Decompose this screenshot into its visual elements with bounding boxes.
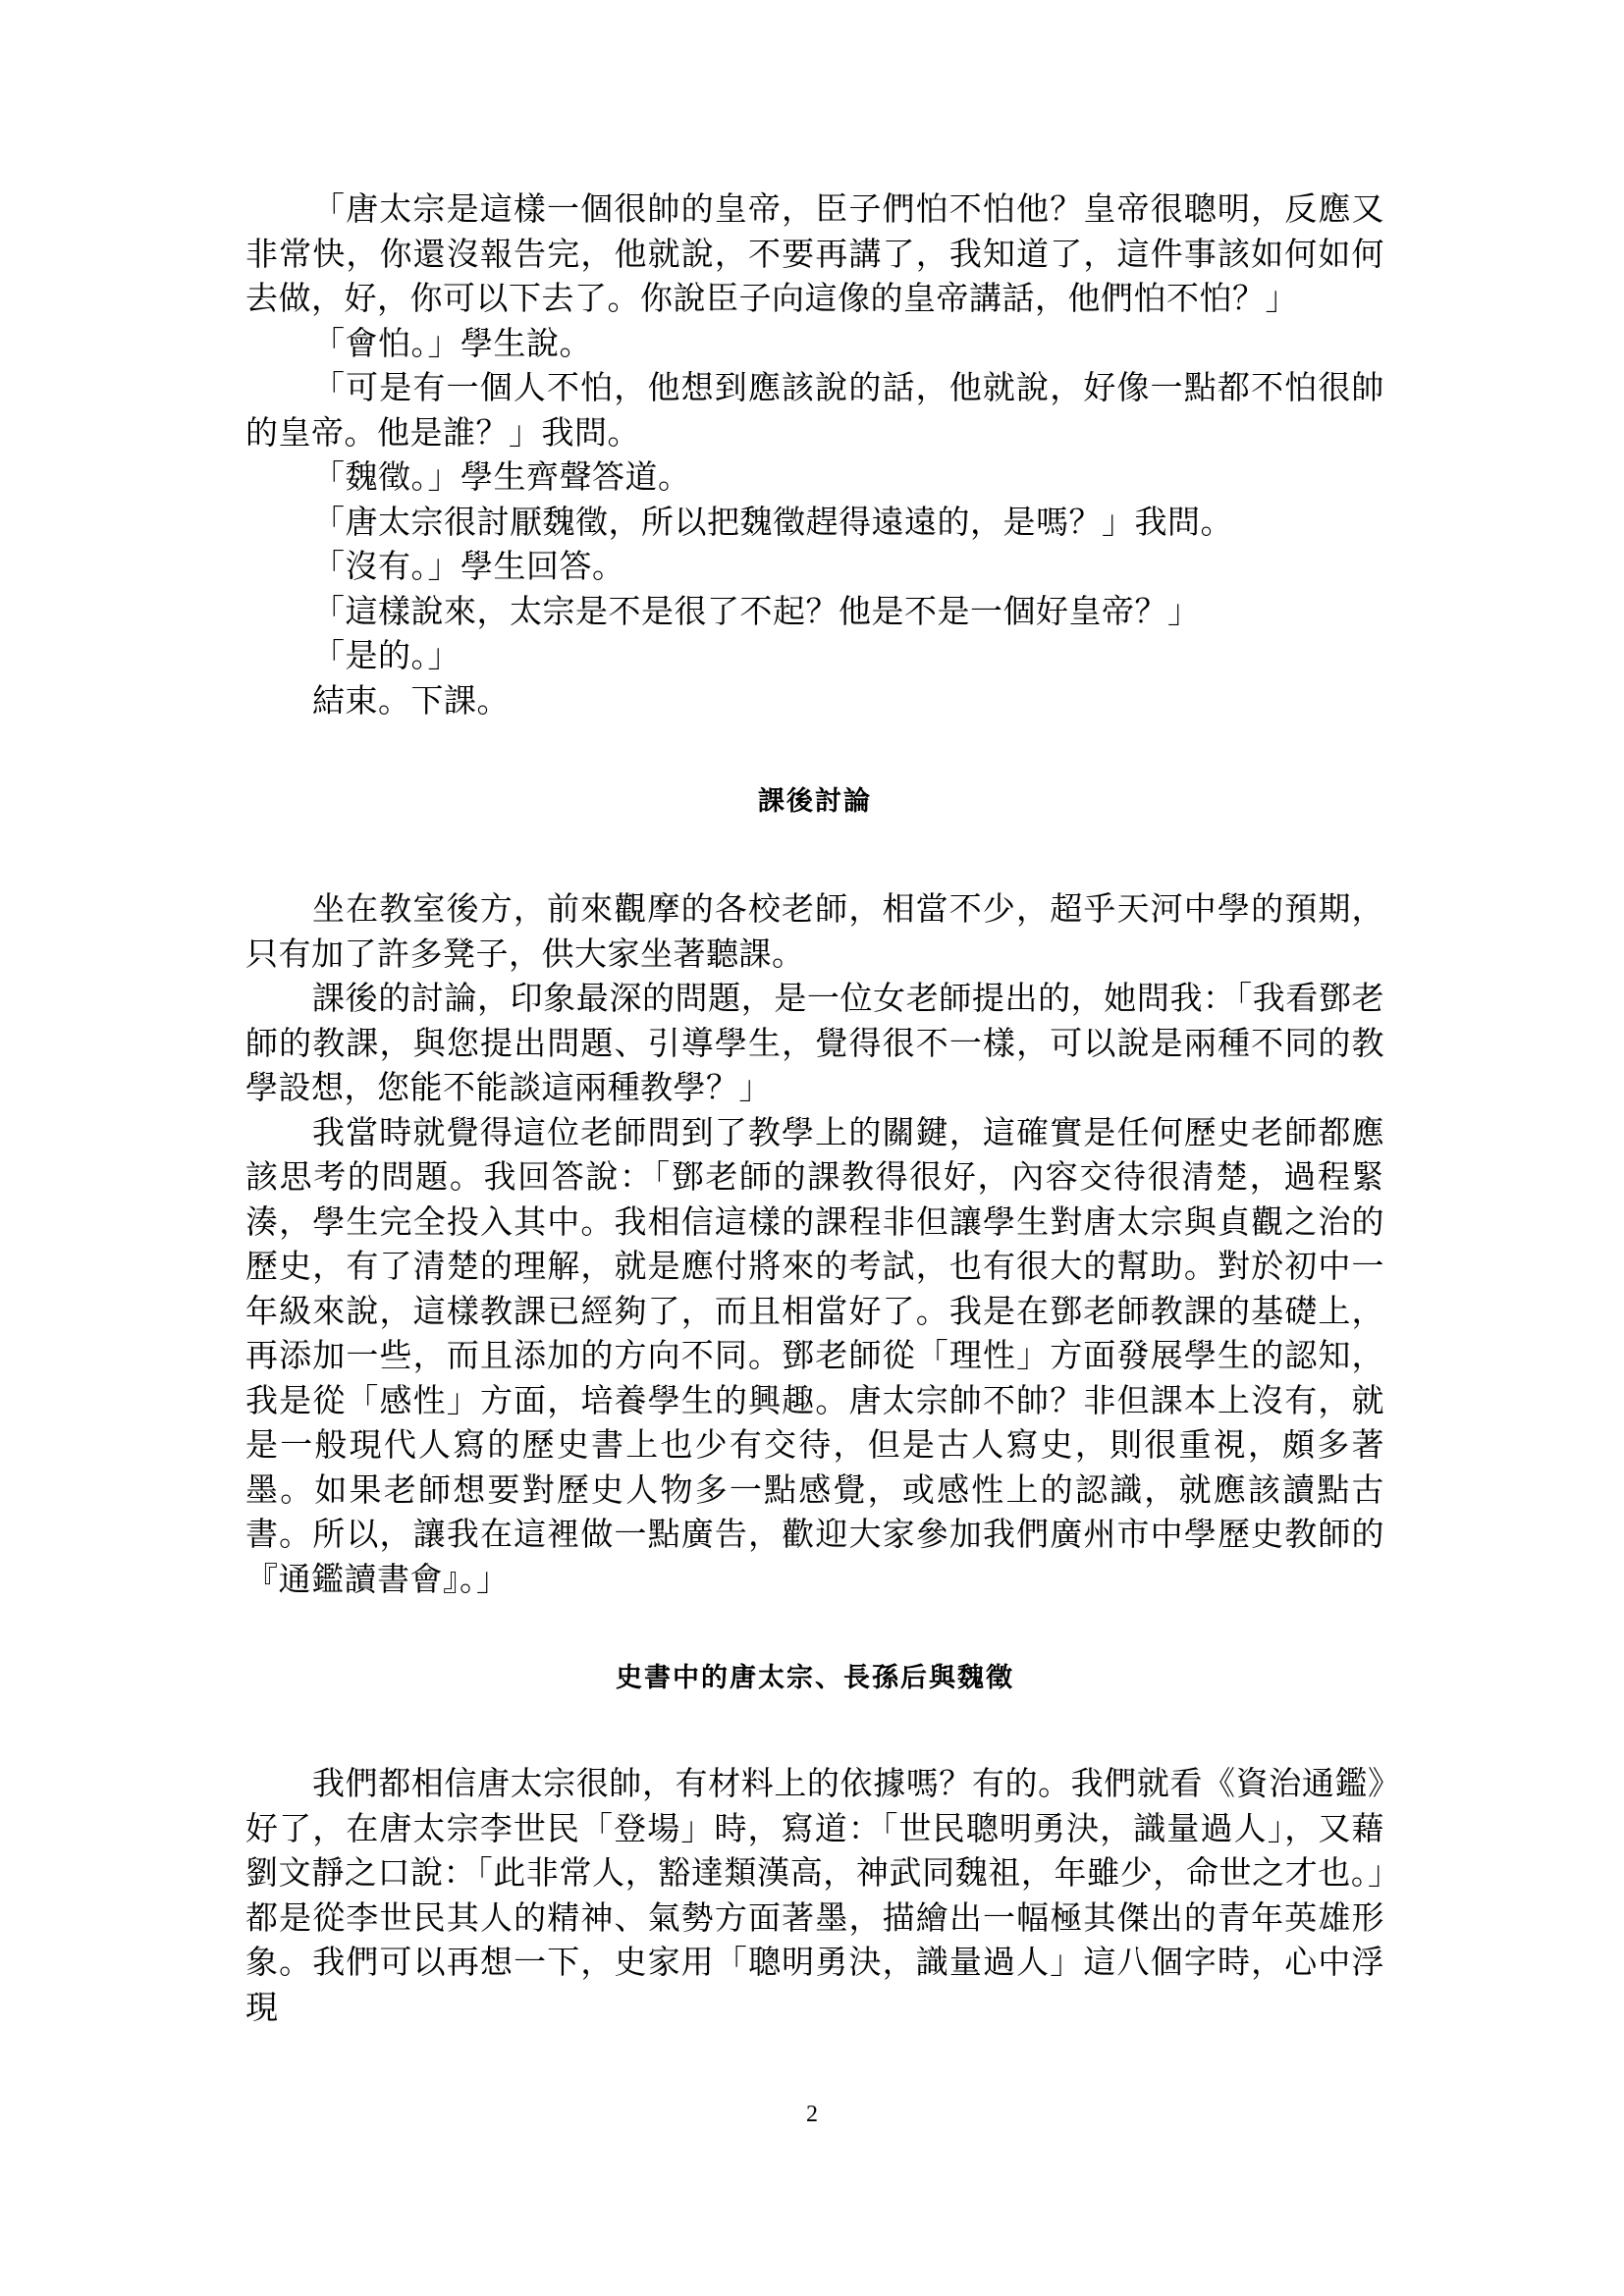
paragraph: 坐在教室後方，前來觀摩的各校老師，相當不少，超乎天河中學的預期，只有加了許多凳子… (245, 886, 1384, 976)
paragraph: 課後的討論，印象最深的問題，是一位女老師提出的，她問我：「我看鄧老師的教課，與您… (245, 976, 1384, 1110)
dialogue-block: 「唐太宗是這樣一個很帥的皇帝，臣子們怕不怕他？皇帝很聰明，反應又非常快，你還沒報… (245, 187, 1384, 722)
dialogue-line: 「是的。」 (245, 633, 1384, 678)
dialogue-line: 「唐太宗很討厭魏徵，所以把魏徵趕得遠遠的，是嗎？」我問。 (245, 500, 1384, 545)
dialogue-line: 「這樣說來，太宗是不是很了不起？他是不是一個好皇帝？」 (245, 589, 1384, 634)
dialogue-line: 「唐太宗是這樣一個很帥的皇帝，臣子們怕不怕他？皇帝很聰明，反應又非常快，你還沒報… (245, 187, 1384, 321)
paragraph: 我們都相信唐太宗很帥，有材料上的依據嗎？有的。我們就看《資治通鑑》好了，在唐太宗… (245, 1761, 1384, 2029)
section-heading-after-class-discussion: 課後討論 (245, 779, 1384, 818)
document-page: 「唐太宗是這樣一個很帥的皇帝，臣子們怕不怕他？皇帝很聰明，反應又非常快，你還沒報… (245, 187, 1384, 2029)
dialogue-line: 「沒有。」學生回答。 (245, 544, 1384, 589)
section-history-books: 我們都相信唐太宗很帥，有材料上的依據嗎？有的。我們就看《資治通鑑》好了，在唐太宗… (245, 1761, 1384, 2029)
section-after-class-discussion: 坐在教室後方，前來觀摩的各校老師，相當不少，超乎天河中學的預期，只有加了許多凳子… (245, 886, 1384, 1601)
page-number: 2 (0, 2102, 1624, 2128)
section-heading-history-books: 史書中的唐太宗、長孫后與魏徵 (245, 1656, 1384, 1694)
dialogue-line: 「魏徵。」學生齊聲答道。 (245, 454, 1384, 500)
dialogue-line: 結束。下課。 (245, 678, 1384, 723)
paragraph: 我當時就覺得這位老師問到了教學上的關鍵，這確實是任何歷史老師都應該思考的問題。我… (245, 1110, 1384, 1602)
dialogue-line: 「可是有一個人不怕，他想到應該說的話，他就說，好像一點都不怕很帥的皇帝。他是誰？… (245, 365, 1384, 454)
dialogue-line: 「會怕。」學生說。 (245, 321, 1384, 366)
